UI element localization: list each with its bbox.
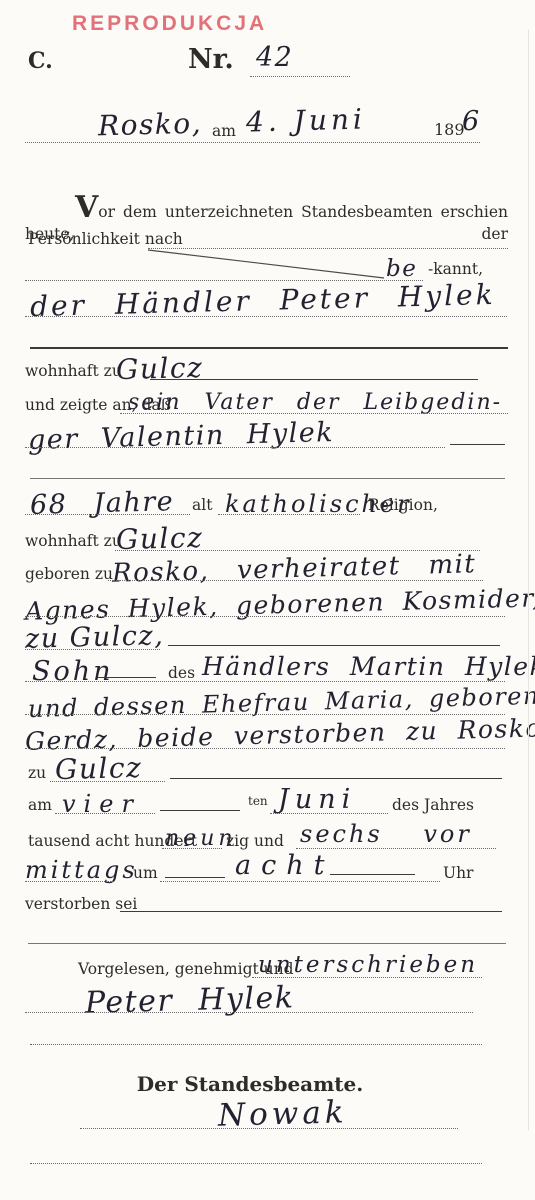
fill-line (25, 649, 160, 650)
des-label: des (168, 664, 195, 682)
wohnhaft-label-1: wohnhaft zu (25, 362, 122, 380)
dash-line (168, 645, 500, 646)
crossed-out-stroke (146, 248, 388, 282)
be-handwritten: be (386, 256, 417, 282)
place-of-registration: Rosko, (98, 107, 203, 143)
um-label: um (133, 864, 158, 882)
dash-line (160, 810, 240, 811)
document-page: REPRODUKCJA C. Nr. 42 Rosko, am 4. Juni … (0, 0, 535, 1200)
fill-line (25, 1012, 473, 1013)
fill-line (80, 1128, 458, 1129)
drop-cap: V (75, 190, 98, 225)
fill-line (25, 714, 505, 715)
fill-line (25, 316, 507, 317)
section-rule (30, 347, 508, 349)
reproduction-stamp: REPRODUKCJA (72, 12, 267, 36)
dash-line (450, 444, 505, 445)
year-units: sechs vor (300, 820, 472, 848)
section-rule (30, 478, 505, 479)
registration-date: 4. Juni (246, 102, 367, 138)
fill-line (25, 447, 445, 448)
year-printed: 189 (434, 120, 465, 139)
dash-line (170, 778, 502, 779)
fill-line (50, 781, 165, 782)
fill-line (55, 813, 155, 814)
statement-line-2: ger Valentin Hylek (28, 417, 335, 456)
persoenlichkeit-label: Persönlichkeit nach (28, 230, 183, 248)
death-month: Juni (278, 784, 356, 815)
am-label: am (212, 122, 236, 140)
spouse-name: Agnes Hylek, geborenen Kosmider, (25, 583, 535, 626)
fill-line (108, 580, 483, 581)
declarant-signature: Peter Hylek (85, 980, 295, 1020)
fill-line (270, 813, 388, 814)
dash-line (330, 874, 415, 875)
dash-line (165, 877, 225, 878)
zu-label: zu (28, 764, 46, 782)
kannt-label: -kannt, (428, 260, 483, 278)
scan-edge-artifact (528, 30, 529, 1130)
unterschrieben-handwritten: unterschrieben (258, 952, 478, 978)
fill-line (25, 616, 505, 617)
religion-label: Religion, (368, 496, 438, 514)
fill-line (25, 681, 505, 682)
fill-line (218, 514, 360, 515)
fill-line (120, 413, 508, 414)
geboren-label: geboren zu (25, 565, 113, 583)
uhr-label: Uhr (443, 864, 473, 882)
section-rule (28, 943, 506, 944)
fill-line (25, 748, 505, 749)
fill-line (250, 76, 350, 77)
statement-line-1: sein Vater der Leibgedin- (128, 390, 502, 415)
fill-line (25, 881, 113, 882)
zig-und-label: zig und (226, 832, 284, 850)
death-hour: acht (235, 850, 334, 881)
birthplace-marriage: Rosko, verheiratet mit (112, 549, 477, 589)
fill-line (252, 977, 482, 978)
record-number-label: Nr. (188, 44, 234, 75)
fill-line (296, 848, 496, 849)
des-jahres-label: des Jahres (392, 796, 474, 814)
fill-line (160, 881, 440, 882)
alt-label: alt (192, 496, 212, 514)
form-letter: C. (28, 48, 53, 74)
dash-line (98, 677, 156, 678)
residence-1: Gulcz (116, 351, 204, 386)
fill-line (162, 848, 222, 849)
fill-line (30, 1163, 482, 1164)
fill-line (25, 514, 190, 515)
year-handwritten-digit: 6 (462, 106, 481, 137)
fill-line (25, 142, 480, 143)
wohnhaft-label-2: wohnhaft zu (25, 532, 122, 550)
fill-line (30, 1044, 482, 1045)
age-value: 68 Jahre (30, 486, 175, 521)
fill-line (120, 911, 502, 912)
registrar-title: Der Standesbeamte. (0, 1072, 500, 1096)
am-death-label: am (28, 796, 52, 814)
mittags-handwritten: mittags (25, 856, 138, 884)
sohn-handwritten: Sohn (32, 656, 114, 687)
father-name: Händlers Martin Hylek (202, 652, 535, 681)
record-number-value: 42 (256, 42, 293, 73)
ten-suffix-label: ten (248, 794, 268, 808)
